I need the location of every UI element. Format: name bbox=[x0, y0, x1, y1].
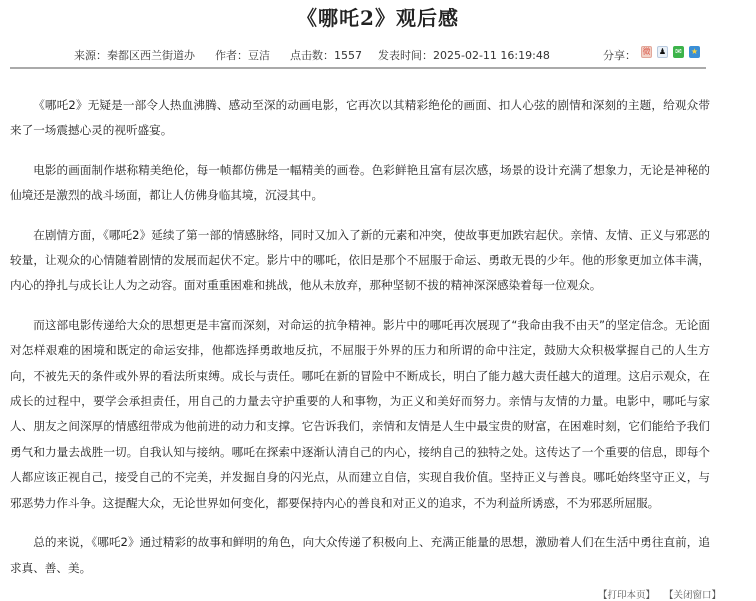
click-count: 点击数：1557 bbox=[290, 47, 362, 63]
wechat-icon[interactable]: ✉ bbox=[673, 46, 684, 58]
footer-links: 【打印本页】 【关闭窗口】 bbox=[598, 587, 727, 601]
weibo-icon[interactable]: 微 bbox=[641, 46, 652, 58]
print-page-link[interactable]: 【打印本页】 bbox=[598, 590, 655, 601]
article-meta: 来源：秦都区西兰街道办 作者：豆洁 点击数：1557 发表时间：2025-02-… bbox=[0, 45, 756, 65]
article-body: 《哪吒2》无疑是一部令人热血沸腾、感动至深的动画电影，它再次以其精彩绝伦的画面、… bbox=[10, 93, 710, 595]
share-icons: 微 ♟ ✉ ★ bbox=[641, 46, 700, 58]
qzone-icon[interactable]: ★ bbox=[689, 46, 700, 58]
paragraph: 而这部电影传递给大众的思想更是丰富而深刻，对命运的抗争精神。影片中的哪吒再次展现… bbox=[10, 313, 710, 516]
paragraph: 《哪吒2》无疑是一部令人热血沸腾、感动至深的动画电影，它再次以其精彩绝伦的画面、… bbox=[10, 93, 710, 144]
qq-icon[interactable]: ♟ bbox=[657, 46, 668, 58]
paragraph: 电影的画面制作堪称精美绝伦，每一帧都仿佛是一幅精美的画卷。色彩鲜艳且富有层次感，… bbox=[10, 158, 710, 209]
header-divider bbox=[10, 67, 706, 69]
publish-time: 发表时间：2025-02-11 16:19:48 bbox=[378, 47, 550, 63]
close-window-link[interactable]: 【关闭窗口】 bbox=[664, 590, 721, 601]
page-title: 《哪吒2》观后感 bbox=[0, 2, 756, 31]
author-label: 作者：豆洁 bbox=[215, 47, 270, 63]
paragraph: 总的来说，《哪吒2》通过精彩的故事和鲜明的角色，向大众传递了积极向上、充满正能量… bbox=[10, 530, 710, 581]
source-label: 来源：秦都区西兰街道办 bbox=[74, 47, 195, 63]
share-label: 分享： bbox=[603, 47, 636, 63]
paragraph: 在剧情方面，《哪吒2》延续了第一部的情感脉络，同时又加入了新的元素和冲突，使故事… bbox=[10, 223, 710, 299]
